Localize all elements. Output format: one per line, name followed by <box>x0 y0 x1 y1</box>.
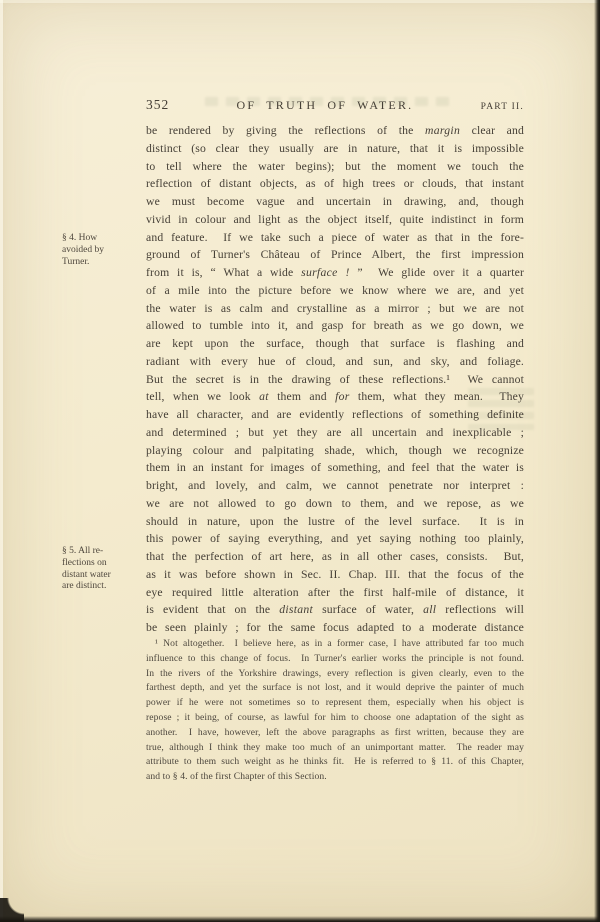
body-text-line: them in an instant for images of somethi… <box>146 459 524 477</box>
body-text-line: of a mile into the picture before we kno… <box>146 282 524 300</box>
footnote-line: power if he were not sometimes so to rep… <box>146 696 524 711</box>
footnote: ¹ Not altogether. I believe here, as in … <box>146 637 524 785</box>
body-text-line: we must become vague and uncertain in dr… <box>146 193 524 211</box>
body-text-line: tell, when we look at them and for them,… <box>146 388 524 406</box>
running-head: 352 OF TRUTH OF WATER. PART II. <box>146 97 524 113</box>
body-text-line: radiant with every hue of cloud, and sun… <box>146 353 524 371</box>
body-text-line: distinct (so clear they usually are in n… <box>146 140 524 158</box>
body-text-line: reflection of distant objects, as of hig… <box>146 175 524 193</box>
footnote-line: another. I have, however, left the above… <box>146 726 524 741</box>
footnote-line: true, although I think they make too muc… <box>146 741 524 756</box>
margin-note-line: avoided by <box>62 245 142 257</box>
margin-note-section-4: § 4. Howavoided byTurner. <box>62 233 142 268</box>
scanned-book-page: 352 OF TRUTH OF WATER. PART II. § 4. How… <box>0 0 600 922</box>
body-text-line: as it was before shown in Sec. II. Chap.… <box>146 566 524 584</box>
margin-note-line: § 5. All re- <box>62 546 142 558</box>
body-text-line: this power of saying everything, and yet… <box>146 530 524 548</box>
page-corner-shadow <box>0 898 24 922</box>
body-text-line: and feature. If we take such a piece of … <box>146 229 524 247</box>
footnote-line: In the rivers of the Yorkshire drawings,… <box>146 667 524 682</box>
margin-note-line: flections on <box>62 558 142 570</box>
body-text-line: and determined ; but yet they are all un… <box>146 424 524 442</box>
body-text-line: But the secret is in the drawing of thes… <box>146 371 524 389</box>
margin-note-line: are distinct. <box>62 581 142 593</box>
body-text-line: be rendered by giving the reflections of… <box>146 122 524 140</box>
page-edge-top <box>0 0 600 3</box>
footnote-line: and to § 4. of the first Chapter of this… <box>146 770 524 785</box>
part-label: PART II. <box>481 102 524 112</box>
margin-note-line: distant water <box>62 570 142 582</box>
body-text-line: that the perfection of art here, as in a… <box>146 548 524 566</box>
body-text-line: have all character, and are evidently re… <box>146 406 524 424</box>
body-text: be rendered by giving the reflections of… <box>146 122 524 637</box>
body-text-line: playing colour and palpitating shade, wh… <box>146 442 524 460</box>
footnote-line: farthest depth, and yet the surface is n… <box>146 681 524 696</box>
body-text-line: is evident that on the distant surface o… <box>146 601 524 619</box>
body-text-line: be seen plainly ; for the same focus ada… <box>146 619 524 637</box>
body-text-line: to tell where the water begins); but the… <box>146 158 524 176</box>
margin-note-line: § 4. How <box>62 233 142 245</box>
page-edge-left <box>0 0 3 922</box>
footnote-line: ¹ Not altogether. I believe here, as in … <box>146 637 524 652</box>
margin-note-line: Turner. <box>62 257 142 269</box>
body-text-line: allowed to tumble into it, and gasp for … <box>146 317 524 335</box>
running-title: OF TRUTH OF WATER. <box>237 98 414 113</box>
margin-note-section-5: § 5. All re-flections ondistant waterare… <box>62 546 142 593</box>
page-number: 352 <box>146 97 169 113</box>
footnote-line: repose ; it being, of course, as lawful … <box>146 711 524 726</box>
body-text-line: eye required little alteration after the… <box>146 584 524 602</box>
body-text-line: ground of Turner's Château of Prince Alb… <box>146 246 524 264</box>
page-edge-bottom <box>0 916 600 922</box>
body-text-line: from it is, “ What a wide surface ! ” We… <box>146 264 524 282</box>
body-text-line: the water is as calm and crystalline as … <box>146 300 524 318</box>
body-text-line: are kept upon the surface, though that s… <box>146 335 524 353</box>
page-edge-right <box>594 0 600 922</box>
body-text-line: we are not allowed to go down to them, a… <box>146 495 524 513</box>
footnote-line: influence to this change of focus. In Tu… <box>146 652 524 667</box>
body-text-line: vivid in colour and light as the object … <box>146 211 524 229</box>
footnote-line: attribute to them such weight as he thin… <box>146 755 524 770</box>
body-text-line: bright, and lovely, and calm, we cannot … <box>146 477 524 495</box>
body-text-line: should in nature, upon the lustre of the… <box>146 513 524 531</box>
